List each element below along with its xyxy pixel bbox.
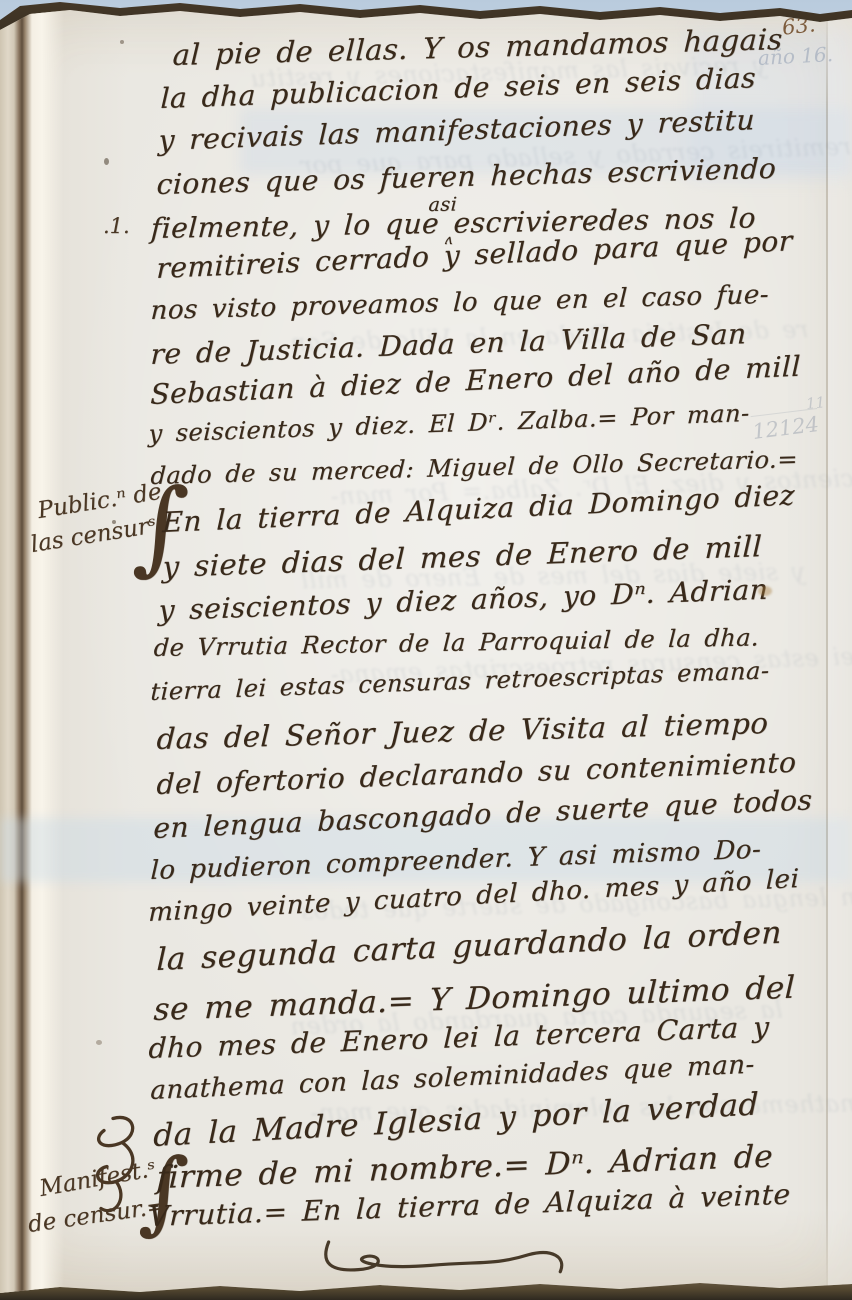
underline-swash-icon — [318, 1234, 573, 1284]
manuscript-line: la segunda carta guardando la orden — [156, 915, 782, 978]
paper-speck — [112, 520, 116, 524]
binding-gutter — [0, 0, 64, 1300]
scribal-rubric-icon — [74, 1112, 149, 1224]
interlinear-insertion: asi — [428, 194, 458, 216]
paper-speck — [120, 40, 124, 44]
paper-speck — [588, 222, 592, 226]
manuscript-line: das del Señor Juez de Visita al tiempo — [156, 706, 769, 756]
paper-speck — [96, 1040, 102, 1045]
paper-speck — [104, 158, 109, 165]
bleedthrough-small-number: 11 — [805, 393, 826, 413]
marginalia-numeral: .1. — [103, 214, 130, 238]
bleedthrough-number: 12124 — [751, 408, 821, 444]
scan-frame: y recivais las manifestaciones y restitu… — [0, 0, 852, 1300]
manuscript-page: y recivais las manifestaciones y restitu… — [0, 0, 852, 1300]
ink-stain — [758, 586, 772, 596]
manuscript-line: ciones que os fueren hechas escriviendo — [156, 152, 777, 201]
